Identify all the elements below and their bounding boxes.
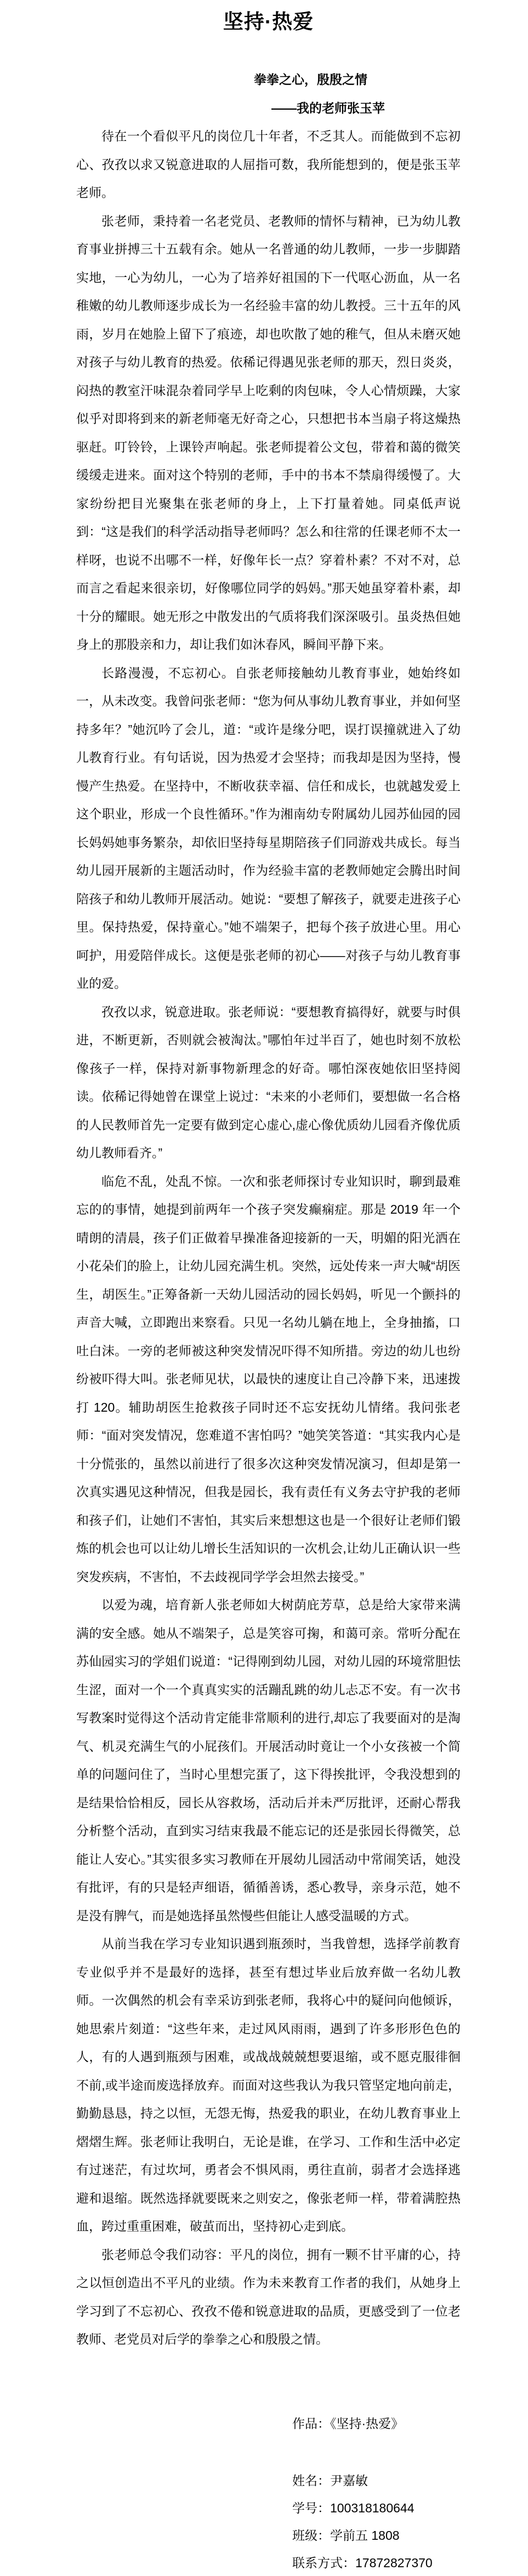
paragraph-3: 长路漫漫，不忘初心。自张老师接触幼儿教育事业，她始终如一，从未改变。我曾问张老师… (76, 659, 461, 998)
paragraph-2: 张老师，秉持着一名老党员、老教师的情怀与精神，已为幼儿教育事业拼搏三十五载有余。… (76, 207, 461, 659)
document-title: 坚持·热爱 (76, 7, 461, 37)
epigraph-line: 拳拳之心，殷殷之情 (254, 66, 461, 94)
contact-line: 联系方式：17872827370 (292, 2549, 461, 2576)
paragraph-7: 从前当我在学习专业知识遇到瓶颈时，当我曾想，选择学前教育专业似乎并不是最好的选择… (76, 1930, 461, 2241)
signature-block: 作品：《坚持·热爱》 姓名：尹嘉敏 学号：100318180644 班级：学前五… (76, 2410, 461, 2576)
class-line: 班级：学前五 1808 (292, 2522, 461, 2549)
student-id-line: 学号：100318180644 (292, 2494, 461, 2522)
author-info-group: 姓名：尹嘉敏 学号：100318180644 班级：学前五 1808 联系方式：… (292, 2467, 461, 2576)
epigraph-attribution: ——我的老师张玉苹 (271, 94, 461, 123)
paragraph-8: 张老师总令我们动容：平凡的岗位，拥有一颗不甘平庸的心，持之以恒创造出不平凡的业绩… (76, 2241, 461, 2354)
paragraph-5: 临危不乱，处乱不惊。一次和张老师探讨专业知识时，聊到最难忘的的事情，她提到前两年… (76, 1168, 461, 1592)
paragraph-4: 孜孜以求，锐意进取。张老师说：“要想教育搞得好，就要与时俱进，不断更新，否则就会… (76, 998, 461, 1168)
author-name-line: 姓名：尹嘉敏 (292, 2467, 461, 2494)
paragraph-6: 以爱为魂，培育新人张老师如大树荫庇芳草，总是给大家带来满满的安全感。她从不端架子… (76, 1591, 461, 1930)
paragraph-1: 待在一个看似平凡的岗位几十年者，不乏其人。而能做到不忘初心、孜孜以求又锐意进取的… (76, 122, 461, 207)
epigraph: 拳拳之心，殷殷之情 ——我的老师张玉苹 (76, 66, 461, 122)
article-body: 待在一个看似平凡的岗位几十年者，不乏其人。而能做到不忘初心、孜孜以求又锐意进取的… (76, 122, 461, 2353)
document-page: 坚持·热爱 拳拳之心，殷殷之情 ——我的老师张玉苹 待在一个看似平凡的岗位几十年… (0, 0, 528, 2576)
work-title-line: 作品：《坚持·热爱》 (292, 2410, 461, 2437)
